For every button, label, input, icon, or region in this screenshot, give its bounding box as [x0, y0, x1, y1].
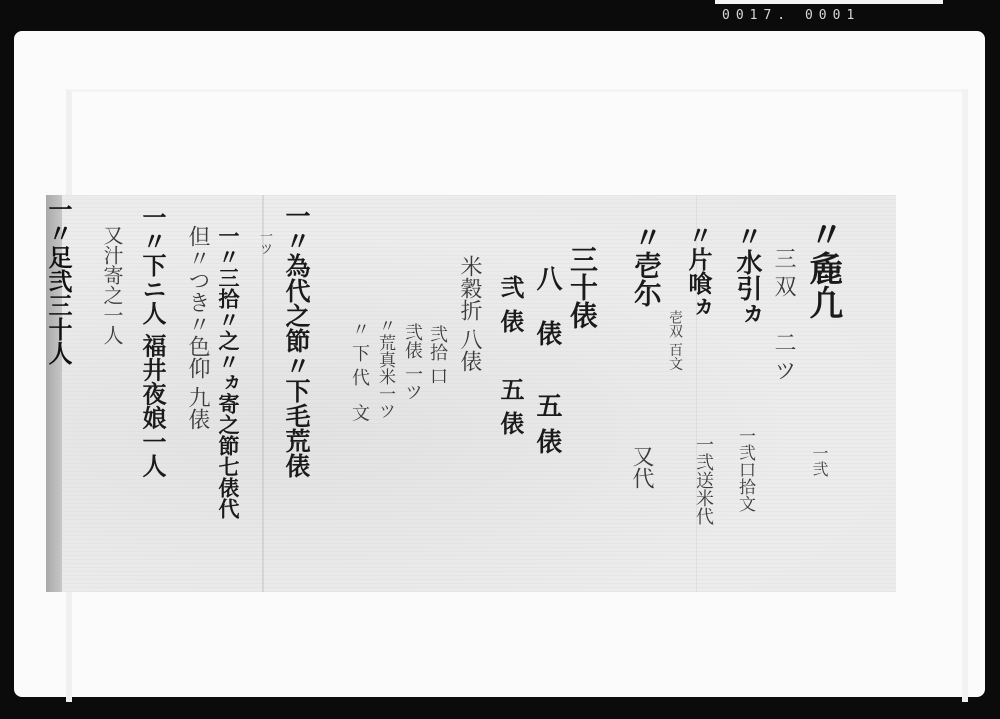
manuscript-column: 三十俵 [568, 245, 596, 329]
manuscript-column: 又代 [630, 445, 652, 489]
frame-number-label: 0017. 0001 [722, 8, 860, 23]
manuscript-column: 三双 二ツ [772, 247, 794, 387]
manuscript-column: 一〃為代之節〃下毛荒俵 [284, 203, 309, 478]
manuscript-column: 一〃足弐三十人 [46, 197, 70, 365]
manuscript-column: 壱双 百文 [668, 310, 682, 370]
manuscript-column: 〃下代 文 [350, 320, 368, 428]
manuscript-column: 但〃つき〃色仰 九俵 [186, 225, 208, 430]
manuscript-column: 弐俵 五俵 [498, 275, 522, 445]
film-edge-strip [715, 0, 943, 4]
manuscript-column: 一弐送米代 [694, 435, 712, 525]
manuscript-column: 又汁寄之一人 [102, 225, 122, 345]
manuscript-column: 米穀折 八俵 [458, 255, 480, 372]
manuscript-column: 〃片喰ヵ [686, 223, 710, 319]
manuscript-page: 〃麁凢 三双 二ツ 一弐 〃水引ヵ 一弐口拾文 〃片喰ヵ 壱双 百文 一弐送米代… [46, 195, 896, 592]
manuscript-column: 〃麁凢 [806, 217, 840, 319]
manuscript-column: 〃荒真米一ツ [376, 317, 393, 419]
manuscript-column: 〃水引ヵ [734, 223, 760, 327]
manuscript-column: 八 俵 五俵 [534, 265, 560, 464]
manuscript-column: 一弐口拾文 [736, 427, 753, 512]
manuscript-column: 一〃三拾〃之〃ヵ寄之節七俵代 [218, 225, 239, 519]
manuscript-column: 〃壱尓 [632, 223, 660, 307]
manuscript-column: 弐俵 一ツ [403, 323, 421, 401]
manuscript-column: 一弐 [811, 445, 827, 477]
manuscript-column: 一ツ [258, 229, 271, 255]
manuscript-column: 弐拾 口 [428, 325, 446, 385]
manuscript-column: 一〃下ニ人 福井夜娘一人 [140, 205, 164, 477]
